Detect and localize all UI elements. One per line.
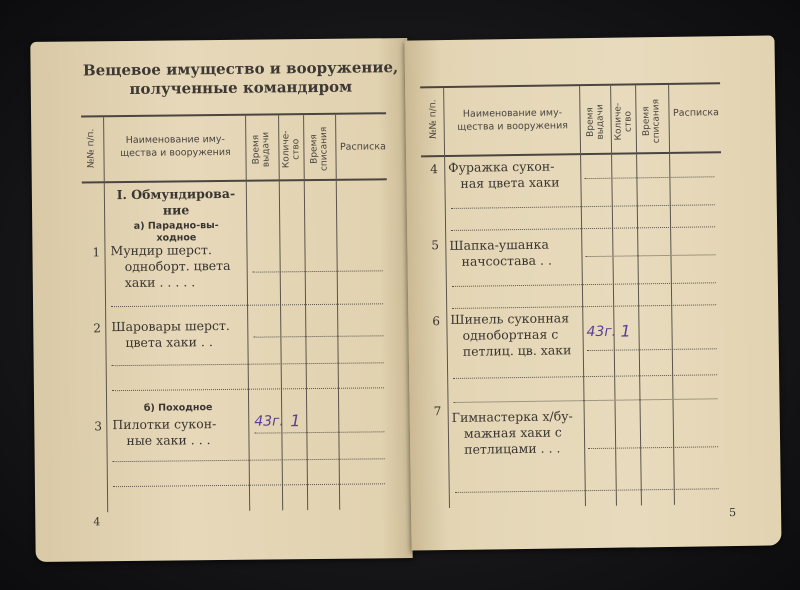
- column-divider: [668, 85, 675, 505]
- header-quantity: Количе- ство: [281, 119, 302, 179]
- section-line-1: I. Обмундирова-: [106, 186, 246, 203]
- fill-line: [253, 335, 383, 337]
- row-number: 2: [93, 321, 101, 335]
- fill-line: [455, 488, 719, 493]
- fill-line: [452, 304, 716, 309]
- header-receipt: Расписка: [668, 106, 723, 120]
- handwritten-quantity: 1: [620, 321, 630, 340]
- header-receipt: Расписка: [335, 140, 390, 154]
- item-name-line: ная цвета хаки: [448, 174, 580, 192]
- left-page: Вещевое имущество и вооружение, полученн…: [30, 38, 412, 562]
- header-name: Наименование иму- щества и вооружения: [445, 106, 579, 134]
- title-line-2: полученные командиром: [81, 77, 401, 99]
- table-row: Пилотки сукон- ные хаки . . .: [112, 416, 247, 449]
- column-divider: [245, 116, 250, 511]
- item-name-line: цвета хаки . .: [111, 334, 246, 351]
- title-line-1: Вещевое имущество и вооружение,: [80, 58, 400, 80]
- fill-line: [452, 282, 716, 287]
- fill-line: [588, 446, 718, 449]
- page-title: Вещевое имущество и вооружение, полученн…: [80, 58, 400, 99]
- item-name-line: ные хаки . . .: [112, 432, 247, 449]
- header-bottom-rule: [421, 151, 721, 157]
- page-number: 5: [729, 506, 736, 519]
- handwritten-issue-time: 43г.: [586, 324, 616, 340]
- table-row: Мундир шерст. однобoрт. цвета хаки . . .…: [110, 242, 245, 291]
- header-issue-time: Время выдачи: [251, 119, 272, 179]
- item-name-line: Гимнастерка х/бу-: [452, 408, 586, 426]
- item-name-line: Шинель суконная: [450, 310, 582, 328]
- column-divider: [303, 115, 308, 510]
- fill-line: [254, 431, 384, 433]
- row-number: 5: [431, 238, 439, 252]
- header-top-rule: [420, 82, 720, 88]
- header-bottom-rule: [82, 178, 387, 183]
- table-row: Шапка-ушанка начсостава . .: [449, 236, 581, 270]
- header-writeoff-time: Время списания: [309, 119, 330, 179]
- header-quantity: Количе- ство: [613, 91, 634, 151]
- header-name: Наименование иму- щества и вооружения: [105, 133, 245, 160]
- header-num: №№ п/п.: [86, 118, 97, 178]
- page-number: 4: [93, 515, 100, 528]
- table-row: Шинель суконная однобортная с петлиц. цв…: [450, 310, 583, 360]
- fill-line: [253, 270, 383, 272]
- item-name-line: однобортная с: [450, 326, 582, 344]
- table-row: Фуражка сукон- ная цвета хаки: [448, 158, 580, 192]
- row-number: 7: [434, 404, 442, 418]
- table-row: Гимнастерка х/бу- мажная хаки с петлицам…: [452, 408, 587, 458]
- item-name-line: Шапка-ушанка: [449, 236, 581, 254]
- fill-line: [454, 398, 718, 403]
- fill-line: [585, 254, 715, 257]
- header-top-rule: [81, 112, 386, 117]
- item-name-line: Мундир шерст.: [110, 242, 245, 259]
- fill-line: [451, 226, 715, 231]
- item-name-line: хаки . . . . .: [111, 274, 246, 291]
- fill-line: [584, 176, 714, 179]
- fill-line: [587, 348, 717, 351]
- row-number: 3: [94, 419, 102, 433]
- fill-line: [453, 374, 717, 379]
- header-num: №№ п/п.: [428, 89, 439, 149]
- header-name-line-2: щества и вооружения: [446, 119, 580, 134]
- item-name-line: Пилотки сукон-: [112, 416, 247, 433]
- row-number: 6: [432, 314, 440, 328]
- column-divider: [443, 88, 450, 508]
- row-number: 4: [430, 162, 438, 176]
- handwritten-issue-time: 43г.: [254, 413, 284, 429]
- row-number: 1: [92, 245, 100, 259]
- item-name-line: Фуражка сукон-: [448, 158, 580, 176]
- column-divider: [335, 115, 340, 510]
- item-name-line: петлицами . . .: [452, 440, 586, 458]
- subsection-b: б) Походное: [108, 402, 248, 415]
- item-name-line: петлиц. цв. хаки: [451, 342, 583, 360]
- table-row: Шаровары шерст. цвета хаки . .: [111, 318, 246, 351]
- fill-line: [451, 204, 715, 209]
- item-name-line: однобoрт. цвета: [111, 258, 246, 275]
- item-name-line: Шаровары шерст.: [111, 318, 246, 335]
- item-name-line: мажная хаки с: [452, 424, 586, 442]
- right-page: №№ п/п. Наименование иму- щества и воору…: [404, 35, 781, 550]
- column-divider: [103, 117, 108, 512]
- section-line-2: ние: [106, 202, 246, 219]
- handwritten-quantity: 1: [290, 411, 300, 430]
- section-heading: I. Обмундирова- ние: [106, 186, 246, 219]
- header-name-line-2: щества и вооружения: [105, 146, 245, 160]
- item-name-line: начсостава . .: [449, 252, 581, 270]
- header-issue-time: Время выдачи: [585, 92, 606, 152]
- header-writeoff-time: Время списания: [641, 91, 662, 151]
- column-divider: [635, 85, 642, 505]
